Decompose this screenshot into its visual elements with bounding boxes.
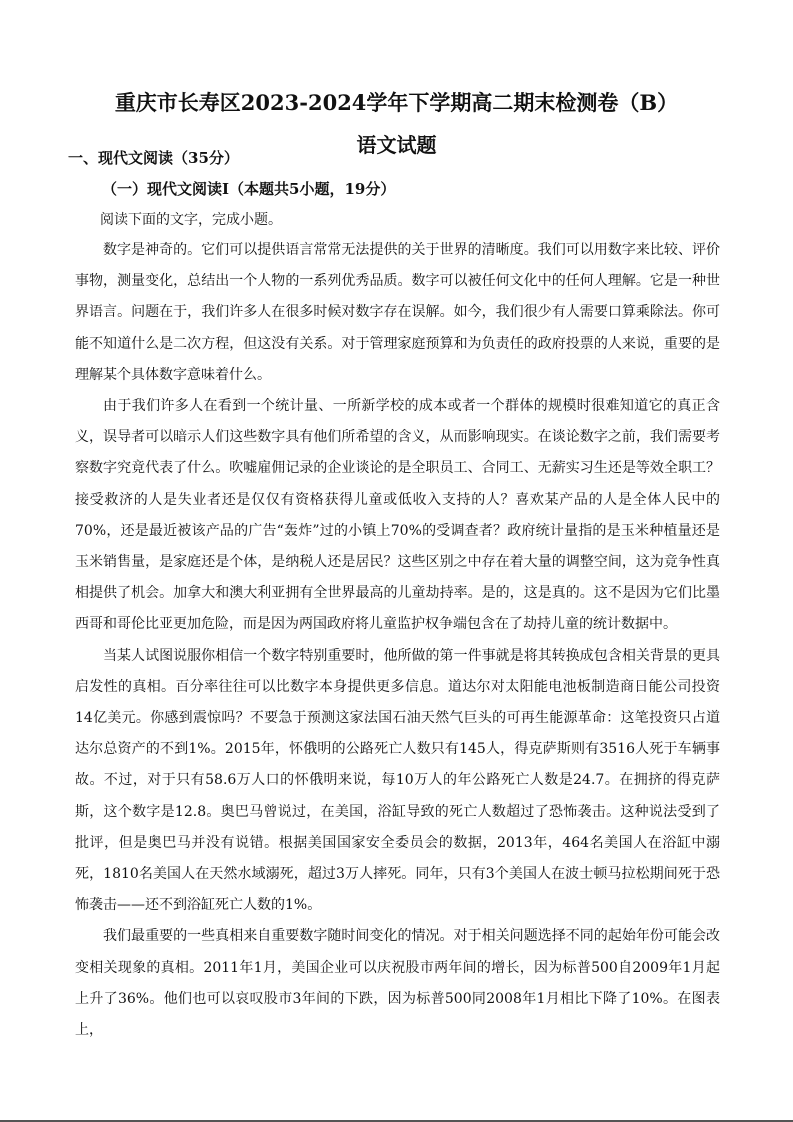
passage-paragraph-3: 当某人试图说服你相信一个数字特别重要时，他所做的第一件事就是将其转换成包含相关背… <box>75 641 720 922</box>
passage-paragraph-1: 数字是神奇的。它们可以提供语言常常无法提供的关于世界的清晰度。我们可以用数字来比… <box>75 235 720 391</box>
subsection-heading: （一）现代文阅读Ⅰ（本题共5小题，19分） <box>102 177 395 201</box>
reading-instruction: 阅读下面的文字，完成小题。 <box>100 208 282 232</box>
document-page: 重庆市长寿区2023-2024学年下学期高二期末检测卷（B） 语文试题 一、现代… <box>0 0 793 1120</box>
exam-title: 重庆市长寿区2023-2024学年下学期高二期末检测卷（B） <box>0 88 793 118</box>
passage-paragraph-4: 我们最重要的一些真相来自重要数字随时间变化的情况。对于相关问题选择不同的起始年份… <box>75 921 720 1046</box>
reading-passage: 数字是神奇的。它们可以提供语言常常无法提供的关于世界的清晰度。我们可以用数字来比… <box>75 235 720 1046</box>
passage-paragraph-2: 由于我们许多人在看到一个统计量、一所新学校的成本或者一个群体的规模时很难知道它的… <box>75 391 720 641</box>
section-heading: 一、现代文阅读（35分） <box>68 146 239 170</box>
